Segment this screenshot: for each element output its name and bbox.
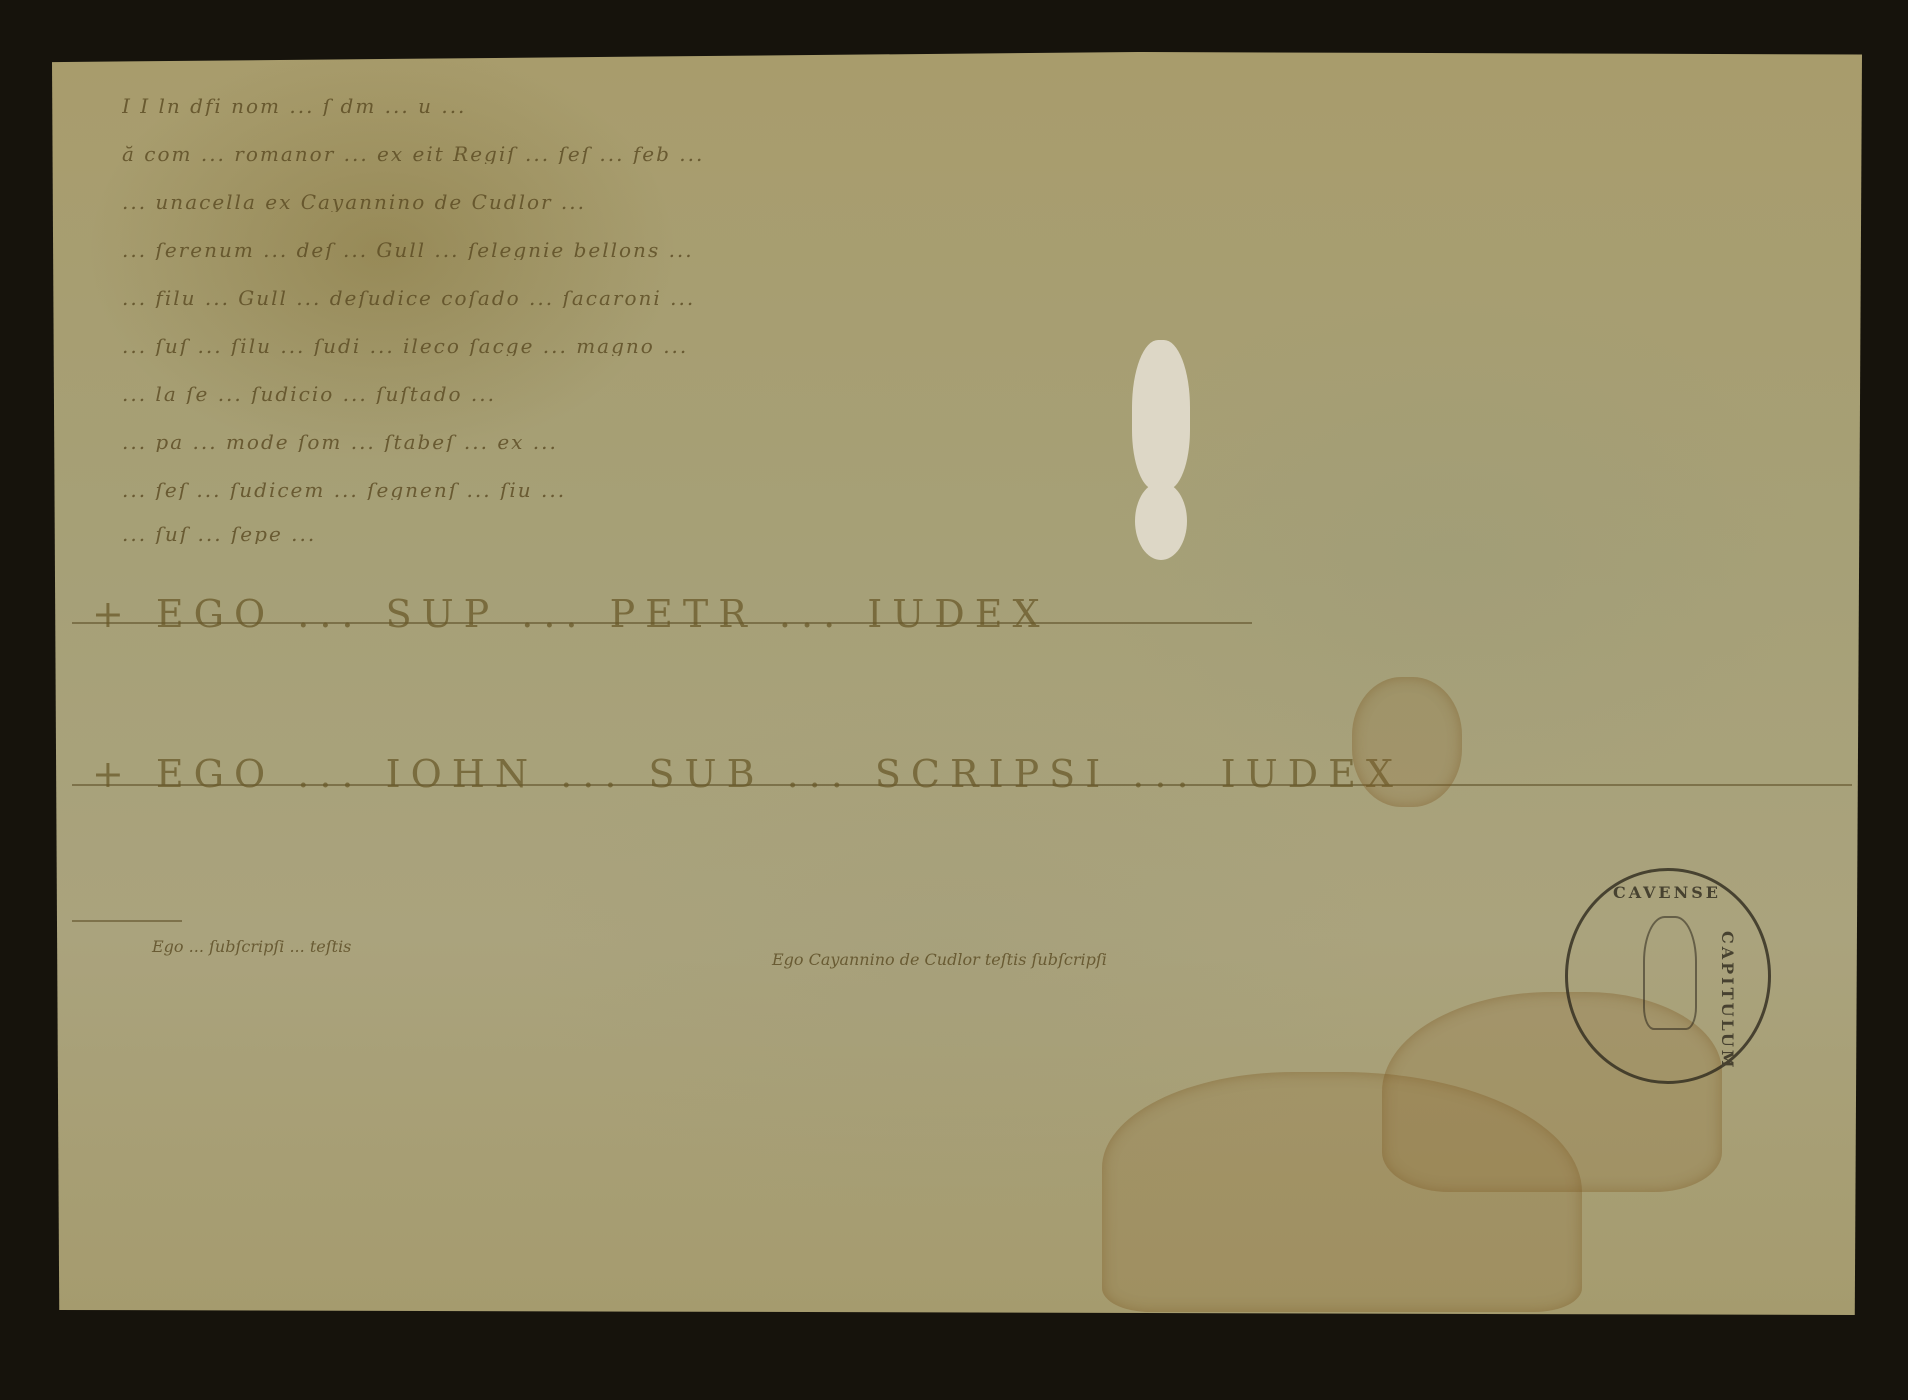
text-line: ... ſeſ ... ſudicem ... ſegnenſ ... ſiu … xyxy=(122,478,1842,500)
text-line: ... ſuſ ... ſilu ... ſudi ... ileco ſacg… xyxy=(122,334,1842,356)
text-line: ... ſerenum ... deſ ... Gull ... ſelegni… xyxy=(122,238,1842,260)
text-line: ... ſuſ ... ſepe ... xyxy=(122,522,1022,544)
signature-row: + EGO ... IOHN ... SUB ... SCRIPSI ... I… xyxy=(92,752,1403,796)
water-stain xyxy=(1352,677,1462,807)
seal-legend-right: CAPITULUM xyxy=(1718,931,1737,1071)
subscription-rule xyxy=(72,920,182,922)
text-line: ... unacella ex Cayannino de Cudlor ... xyxy=(122,190,1842,212)
text-line: ă com ... romanor ... ex eit Regiſ ... ſ… xyxy=(122,142,1842,164)
text-line: ... la ſe ... ſudicio ... ſuſtado ... xyxy=(122,382,1842,404)
text-line: I I ln dfi nom ... ſ dm ... u ... xyxy=(122,94,1842,116)
text-line: ... pa ... mode ſom ... ſtabeſ ... ex ..… xyxy=(122,430,1842,452)
text-line: ... filu ... Gull ... deſudice coſado ..… xyxy=(122,286,1842,308)
seal-legend-top: CAVENSE xyxy=(1613,883,1721,902)
signature-row: + EGO ... SUP ... PETR ... IUDEX xyxy=(92,592,1050,636)
subscription: Ego Cayannino de Cudlor teſtis ſubſcripſ… xyxy=(772,950,1107,969)
archive-stamp: CAVENSE CAPITULUM xyxy=(1565,868,1771,1084)
parchment-hole xyxy=(1135,482,1187,560)
parchment-hole xyxy=(1132,340,1190,490)
bishop-figure-icon xyxy=(1643,916,1697,1030)
subscription: Ego ... ſubſcripſi ... teſtis xyxy=(152,937,351,956)
parchment-sheet: I I ln dfi nom ... ſ dm ... u ... ă com … xyxy=(52,52,1862,1315)
